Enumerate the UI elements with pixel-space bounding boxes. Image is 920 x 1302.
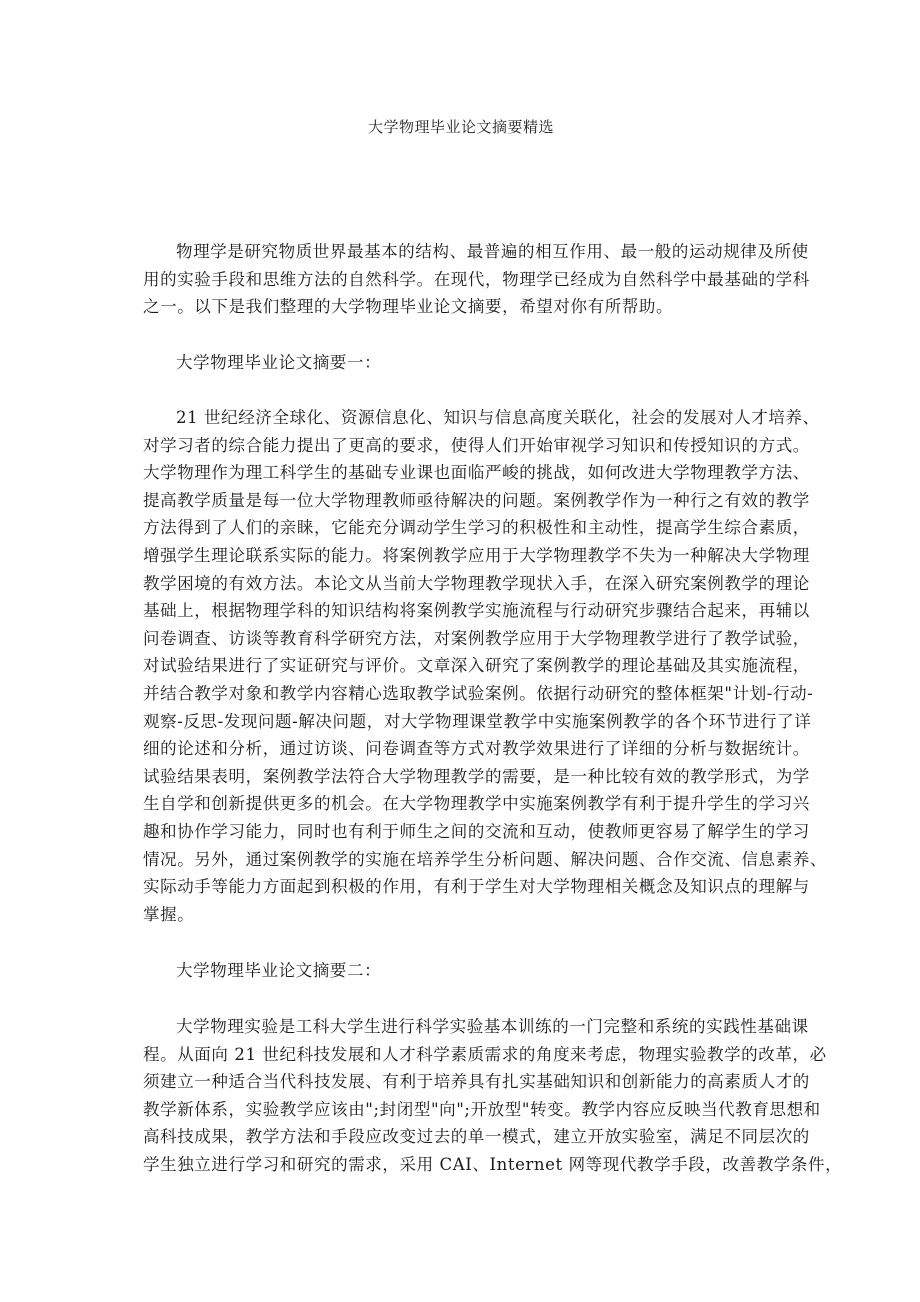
section-heading-1: 大学物理毕业论文摘要一：	[176, 352, 381, 374]
section-2-paragraph: 大学物理实验是工科大学生进行科学实验基本训练的一门完整和系统的实践性基础课 程。…	[143, 1013, 783, 1179]
section-heading-2: 大学物理毕业论文摘要二：	[176, 960, 381, 982]
text-line: 趣和协作学习能力，同时也有利于师生之间的交流和互动，使教师更容易了解学生的学习	[143, 818, 783, 846]
document-title: 大学物理毕业论文摘要精选	[143, 117, 779, 137]
text-line: 教学新体系，实验教学应该由";封闭型"向";开放型"转变。教学内容应反映当代教育…	[143, 1096, 783, 1124]
text-line: 之一。以下是我们整理的大学物理毕业论文摘要，希望对你有所帮助。	[143, 293, 783, 321]
text-line: 物理学是研究物质世界最基本的结构、最普遍的相互作用、最一般的运动规律及所使	[143, 238, 783, 266]
text-line: 基础上，根据物理学科的知识结构将案例教学实施流程与行动研究步骤结合起来，再辅以	[143, 597, 783, 625]
text-line: 试验结果表明，案例教学法符合大学物理教学的需要，是一种比较有效的教学形式，为学	[143, 763, 783, 791]
text-line: 增强学生理论联系实际的能力。将案例教学应用于大学物理教学不失为一种解决大学物理	[143, 542, 783, 570]
text-line: 程。从面向 21 世纪科技发展和人才科学素质需求的角度来考虑，物理实验教学的改革…	[143, 1041, 783, 1069]
text-line: 掌握。	[143, 901, 783, 929]
text-line: 大学物理作为理工科学生的基础专业课也面临严峻的挑战，如何改进大学物理教学方法、	[143, 459, 783, 487]
text-line: 观察-反思-发现问题-解决问题，对大学物理课堂教学中实施案例教学的各个环节进行了…	[143, 708, 783, 736]
text-line: 对试验结果进行了实证研究与评价。文章深入研究了案例教学的理论基础及其实施流程，	[143, 652, 783, 680]
text-line: 提高教学质量是每一位大学物理教师亟待解决的问题。案例教学作为一种行之有效的教学	[143, 487, 783, 515]
text-line: 问卷调查、访谈等教育科学研究方法，对案例教学应用于大学物理教学进行了教学试验，	[143, 625, 783, 653]
text-line: 情况。另外，通过案例教学的实施在培养学生分析问题、解决问题、合作交流、信息素养、	[143, 846, 783, 874]
text-line: 21 世纪经济全球化、资源信息化、知识与信息高度关联化，社会的发展对人才培养、	[143, 404, 783, 432]
text-line: 教学困境的有效方法。本论文从当前大学物理教学现状入手，在深入研究案例教学的理论	[143, 570, 783, 598]
text-line: 学生独立进行学习和研究的需求，采用 CAI、Internet 网等现代教学手段，…	[143, 1151, 783, 1179]
text-line: 细的论述和分析，通过访谈、问卷调查等方式对教学效果进行了详细的分析与数据统计。	[143, 735, 783, 763]
text-line: 并结合教学对象和教学内容精心选取教学试验案例。依据行动研究的整体框架"计划-行动…	[143, 680, 783, 708]
text-line: 生自学和创新提供更多的机会。在大学物理教学中实施案例教学有利于提升学生的学习兴	[143, 790, 783, 818]
text-line: 高科技成果，教学方法和手段应改变过去的单一模式，建立开放实验室，满足不同层次的	[143, 1123, 783, 1151]
text-line: 用的实验手段和思维方法的自然科学。在现代，物理学已经成为自然科学中最基础的学科	[143, 266, 783, 294]
section-1-paragraph: 21 世纪经济全球化、资源信息化、知识与信息高度关联化，社会的发展对人才培养、 …	[143, 404, 783, 928]
text-line: 须建立一种适合当代科技发展、有利于培养具有扎实基础知识和创新能力的高素质人才的	[143, 1068, 783, 1096]
text-line: 对学习者的综合能力提出了更高的要求，使得人们开始审视学习知识和传授知识的方式。	[143, 432, 783, 460]
text-line: 方法得到了人们的亲睐，它能充分调动学生学习的积极性和主动性，提高学生综合素质，	[143, 514, 783, 542]
intro-paragraph: 物理学是研究物质世界最基本的结构、最普遍的相互作用、最一般的运动规律及所使 用的…	[143, 238, 783, 321]
text-line: 大学物理实验是工科大学生进行科学实验基本训练的一门完整和系统的实践性基础课	[143, 1013, 783, 1041]
text-line: 实际动手等能力方面起到积极的作用，有利于学生对大学物理相关概念及知识点的理解与	[143, 873, 783, 901]
